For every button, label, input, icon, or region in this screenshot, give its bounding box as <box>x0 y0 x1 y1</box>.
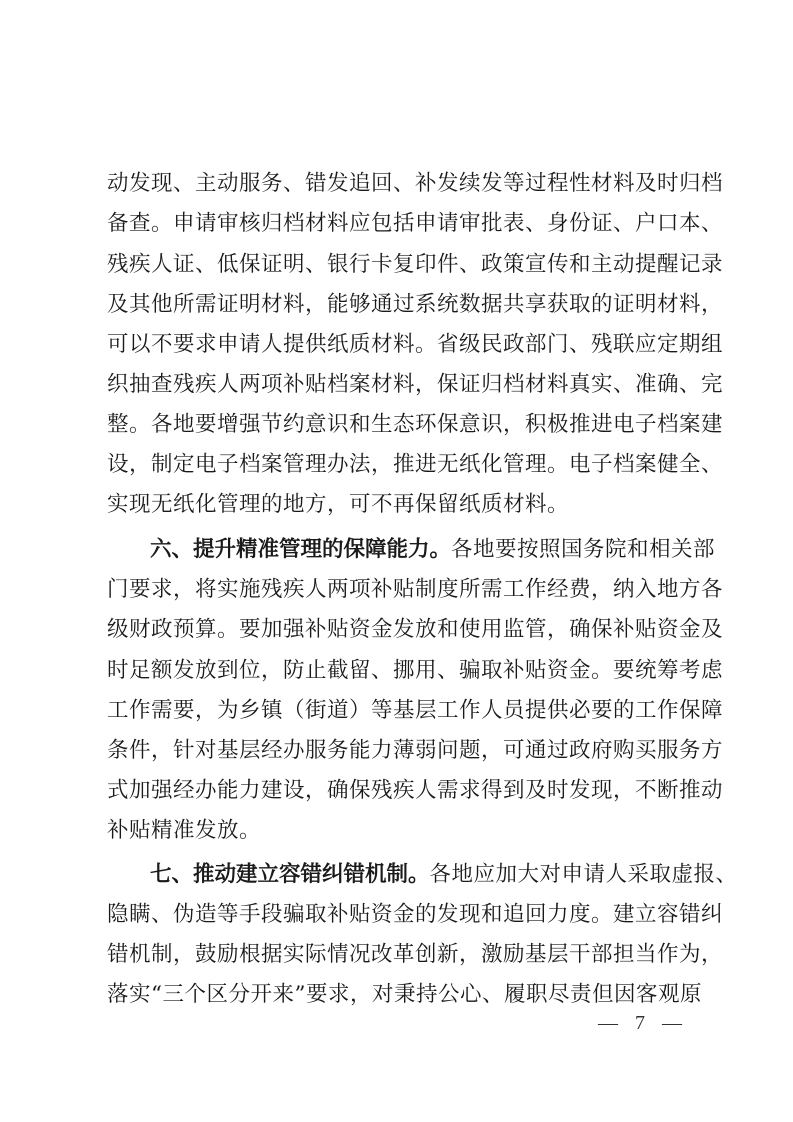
text-line: 条件，针对基层经办服务能力薄弱问题，可通过政府购买服务方 <box>107 731 687 771</box>
text-line: 隐瞒、伪造等手段骗取补贴资金的发现和追回力度。建立容错纠 <box>107 895 687 935</box>
text-line: 及其他所需证明材料，能够通过系统数据共享获取的证明材料， <box>107 285 687 325</box>
text-line: 补贴精准发放。 <box>107 811 687 851</box>
text-line: 落实“三个区分开来”要求，对秉持公心、履职尽责但因客观原 <box>107 975 687 1015</box>
text-run: 各地应加大对申请人采取虚报、 <box>430 862 738 887</box>
text-line: 残疾人证、低保证明、银行卡复印件、政策宣传和主动提醒记录 <box>107 245 687 285</box>
page-number: — 7 — <box>598 1012 688 1035</box>
section-heading-7: 七、推动建立容错纠错机制。 <box>150 862 430 887</box>
document-page: 动发现、主动服务、错发追回、补发续发等过程性材料及时归档 备查。申请审核归档材料… <box>0 0 793 1122</box>
text-line: 工作需要，为乡镇（街道）等基层工作人员提供必要的工作保障 <box>107 691 687 731</box>
text-line: 整。各地要增强节约意识和生态环保意识，积极推进电子档案建 <box>107 405 687 445</box>
text-line: 错机制，鼓励根据实际情况改革创新，激励基层干部担当作为， <box>107 935 687 975</box>
text-run: 各地要按照国务院和相关部 <box>451 537 715 562</box>
text-line: 设，制定电子档案管理办法，推进无纸化管理。电子档案健全、 <box>107 445 687 485</box>
text-line: 备查。申请审核归档材料应包括申请审批表、身份证、户口本、 <box>107 204 687 244</box>
section-6-first-line: 六、提升精准管理的保障能力。各地要按照国务院和相关部 <box>150 530 687 570</box>
text-line: 可以不要求申请人提供纸质材料。省级民政部门、残联应定期组 <box>107 325 687 365</box>
text-line: 式加强经办能力建设，确保残疾人需求得到及时发现，不断推动 <box>107 771 687 811</box>
text-line: 时足额发放到位，防止截留、挪用、骗取补贴资金。要统筹考虑 <box>107 651 687 691</box>
text-line: 级财政预算。要加强补贴资金发放和使用监管，确保补贴资金及 <box>107 610 687 650</box>
text-line: 动发现、主动服务、错发追回、补发续发等过程性材料及时归档 <box>107 164 687 204</box>
section-7-first-line: 七、推动建立容错纠错机制。各地应加大对申请人采取虚报、 <box>150 855 687 895</box>
text-line: 织抽查残疾人两项补贴档案材料，保证归档材料真实、准确、完 <box>107 365 687 405</box>
text-line: 实现无纸化管理的地方，可不再保留纸质材料。 <box>107 485 687 525</box>
section-heading-6: 六、提升精准管理的保障能力。 <box>150 537 451 562</box>
text-line: 门要求，将实施残疾人两项补贴制度所需工作经费，纳入地方各 <box>107 570 687 610</box>
